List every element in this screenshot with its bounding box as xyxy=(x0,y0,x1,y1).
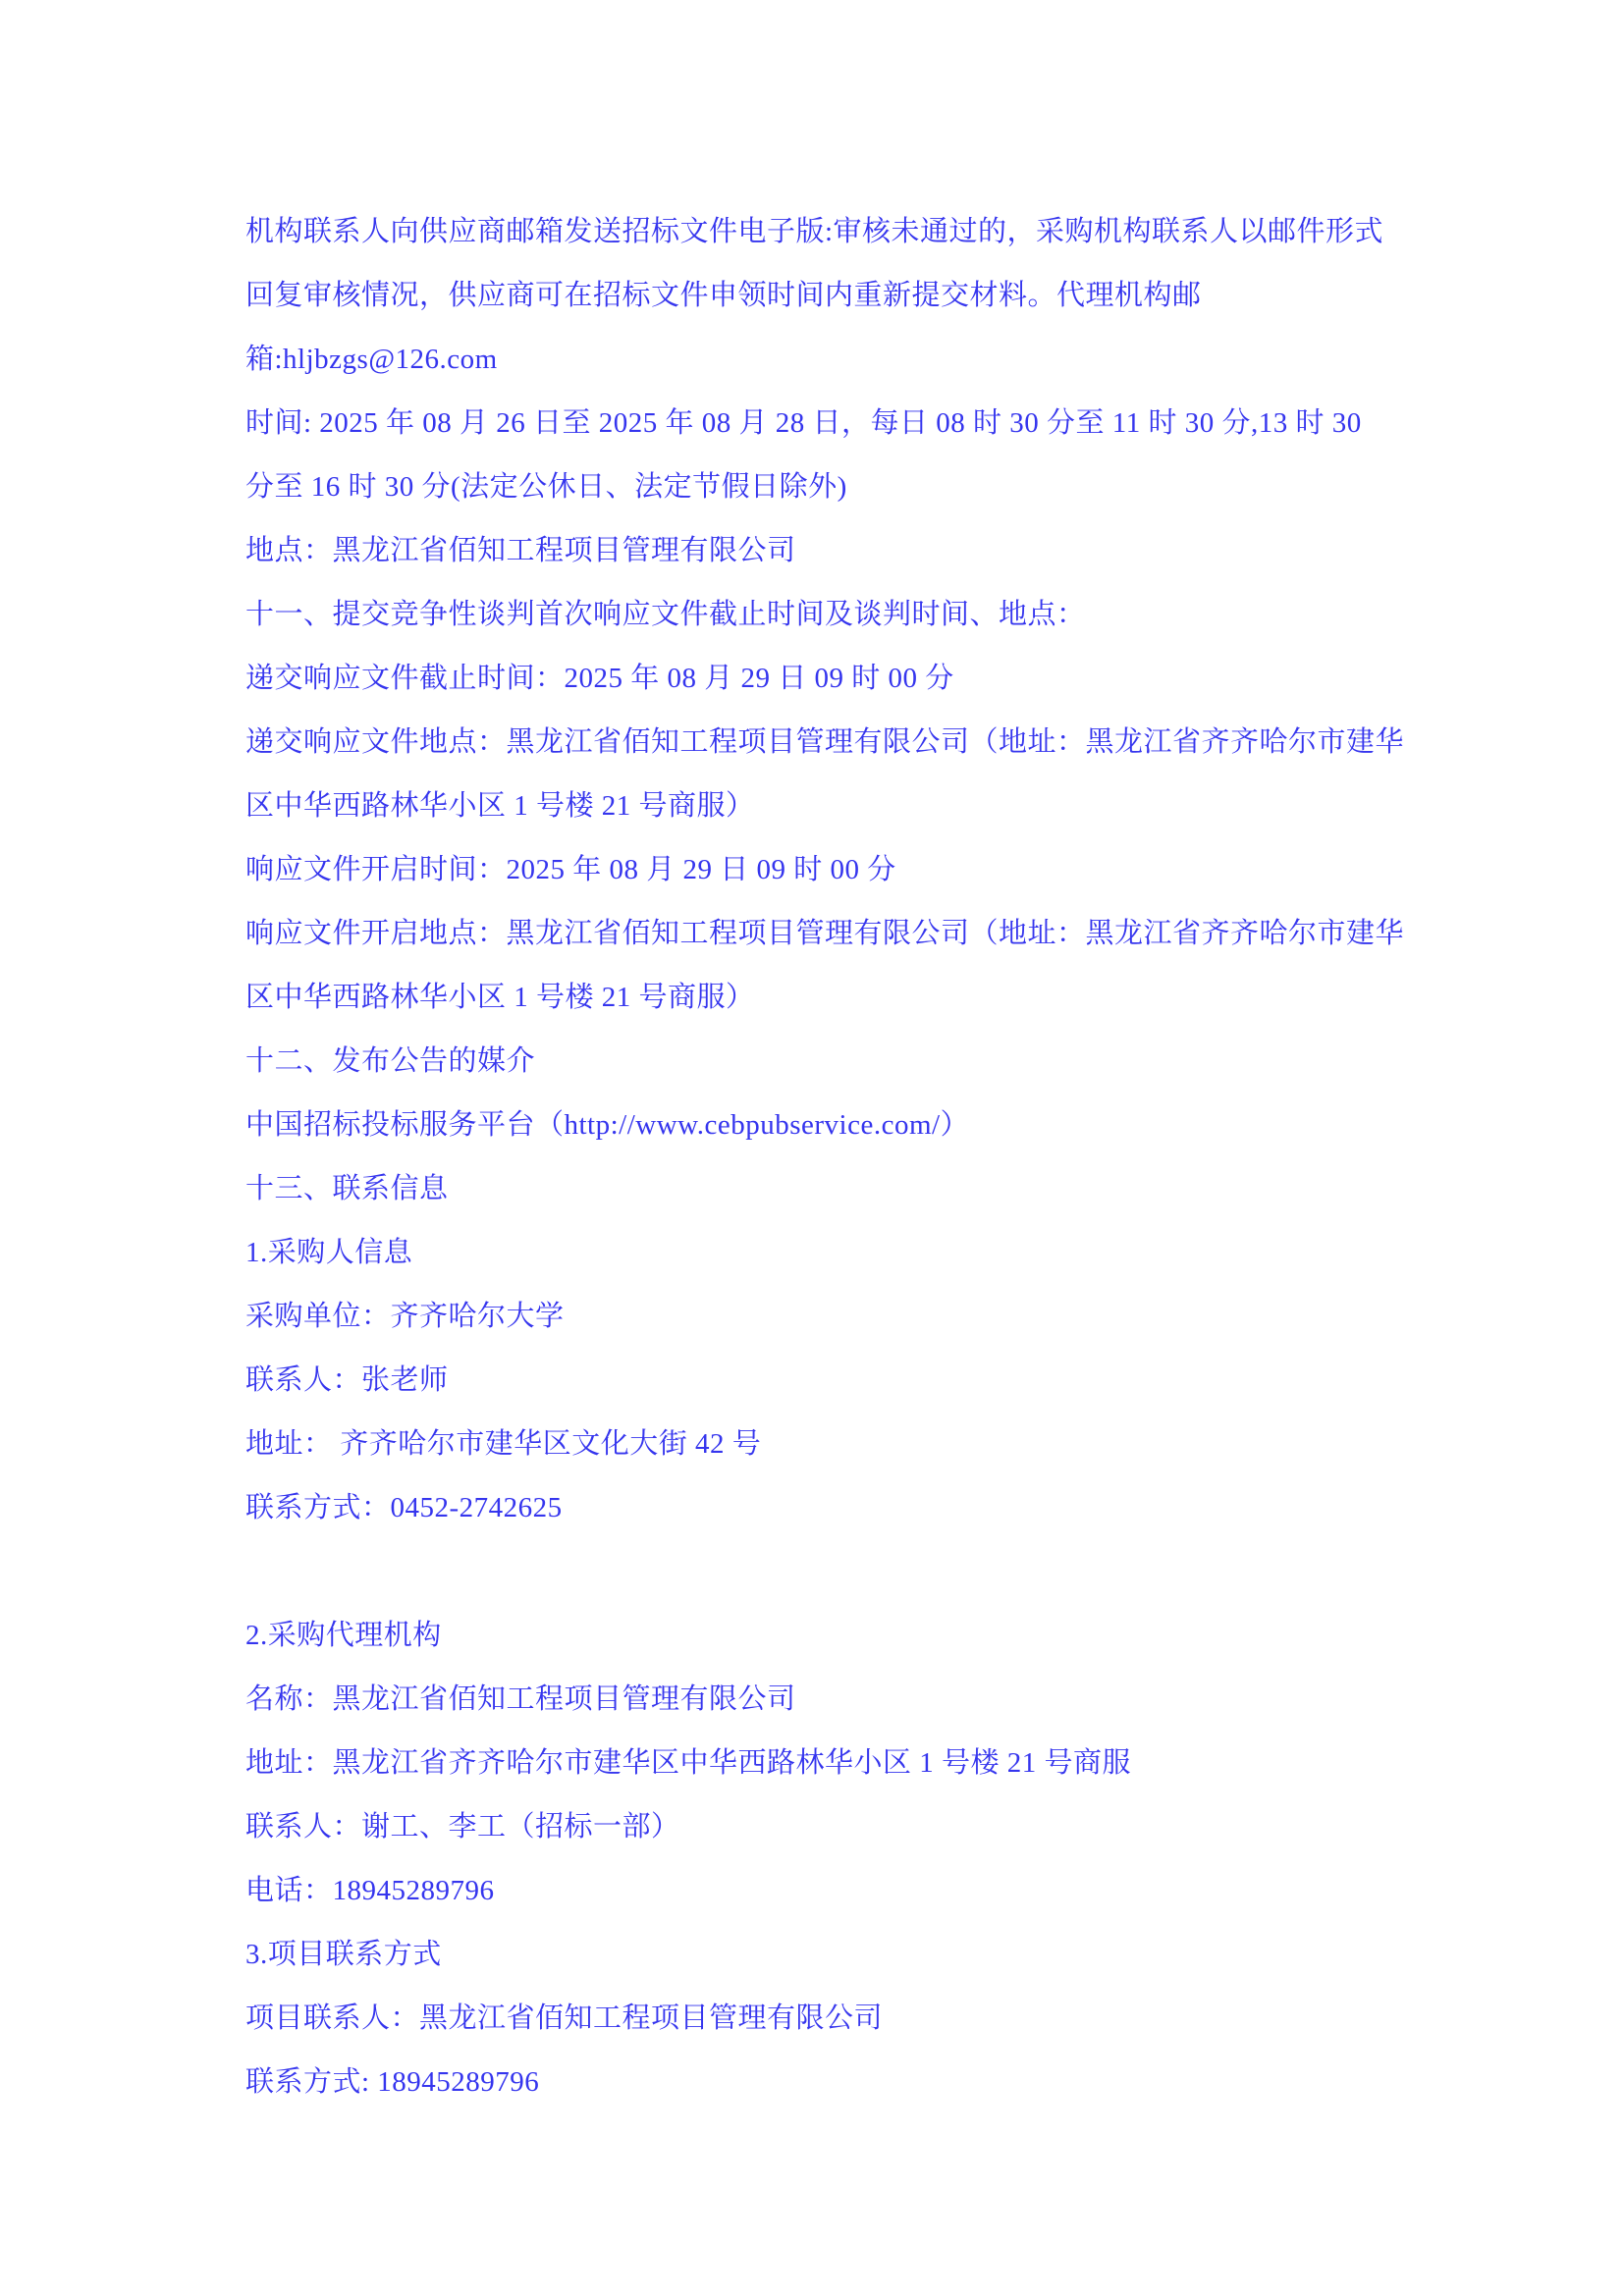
blank-line xyxy=(245,1540,1453,1604)
section-heading-12: 十二、发布公告的媒介 xyxy=(245,1030,1453,1094)
document-line: 电话：18945289796 xyxy=(245,1859,1453,1923)
section-heading-13: 十三、联系信息 xyxy=(245,1157,1453,1221)
subsection-heading-3: 3.项目联系方式 xyxy=(245,1923,1453,1987)
document-line: 回复审核情况，供应商可在招标文件申领时间内重新提交材料。代理机构邮 xyxy=(245,264,1453,328)
document-line: 地址： 齐齐哈尔市建华区文化大街 42 号 xyxy=(245,1413,1453,1476)
document-line: 名称：黑龙江省佰知工程项目管理有限公司 xyxy=(245,1668,1453,1732)
subsection-heading-2: 2.采购代理机构 xyxy=(245,1604,1453,1668)
document-line: 递交响应文件截止时间：2025 年 08 月 29 日 09 时 00 分 xyxy=(245,647,1453,711)
document-line: 联系人：张老师 xyxy=(245,1349,1453,1413)
document-line: 响应文件开启时间：2025 年 08 月 29 日 09 时 00 分 xyxy=(245,838,1453,902)
document-line: 区中华西路林华小区 1 号楼 21 号商服） xyxy=(245,774,1453,838)
document-line: 区中华西路林华小区 1 号楼 21 号商服） xyxy=(245,966,1453,1030)
document-line: 机构联系人向供应商邮箱发送招标文件电子版:审核未通过的，采购机构联系人以邮件形式 xyxy=(245,200,1453,264)
document-line-url: 中国招标投标服务平台（http://www.cebpubservice.com/… xyxy=(245,1094,1453,1157)
document-page: 机构联系人向供应商邮箱发送招标文件电子版:审核未通过的，采购机构联系人以邮件形式… xyxy=(245,200,1453,2114)
document-line-email: 箱:hljbzgs@126.com xyxy=(245,328,1453,392)
document-line: 地点：黑龙江省佰知工程项目管理有限公司 xyxy=(245,519,1453,583)
document-line: 采购单位：齐齐哈尔大学 xyxy=(245,1285,1453,1349)
document-line: 响应文件开启地点：黑龙江省佰知工程项目管理有限公司（地址：黑龙江省齐齐哈尔市建华 xyxy=(245,902,1453,966)
document-line: 地址：黑龙江省齐齐哈尔市建华区中华西路林华小区 1 号楼 21 号商服 xyxy=(245,1732,1453,1795)
document-line: 递交响应文件地点：黑龙江省佰知工程项目管理有限公司（地址：黑龙江省齐齐哈尔市建华 xyxy=(245,711,1453,774)
document-line: 联系人：谢工、李工（招标一部） xyxy=(245,1795,1453,1859)
document-line: 分至 16 时 30 分(法定公休日、法定节假日除外) xyxy=(245,455,1453,519)
subsection-heading-1: 1.采购人信息 xyxy=(245,1221,1453,1285)
document-line: 联系方式: 18945289796 xyxy=(245,2051,1453,2114)
document-line: 时间: 2025 年 08 月 26 日至 2025 年 08 月 28 日，每… xyxy=(245,392,1453,455)
document-line: 联系方式：0452-2742625 xyxy=(245,1476,1453,1540)
section-heading-11: 十一、提交竞争性谈判首次响应文件截止时间及谈判时间、地点： xyxy=(245,583,1453,647)
document-line: 项目联系人：黑龙江省佰知工程项目管理有限公司 xyxy=(245,1987,1453,2051)
